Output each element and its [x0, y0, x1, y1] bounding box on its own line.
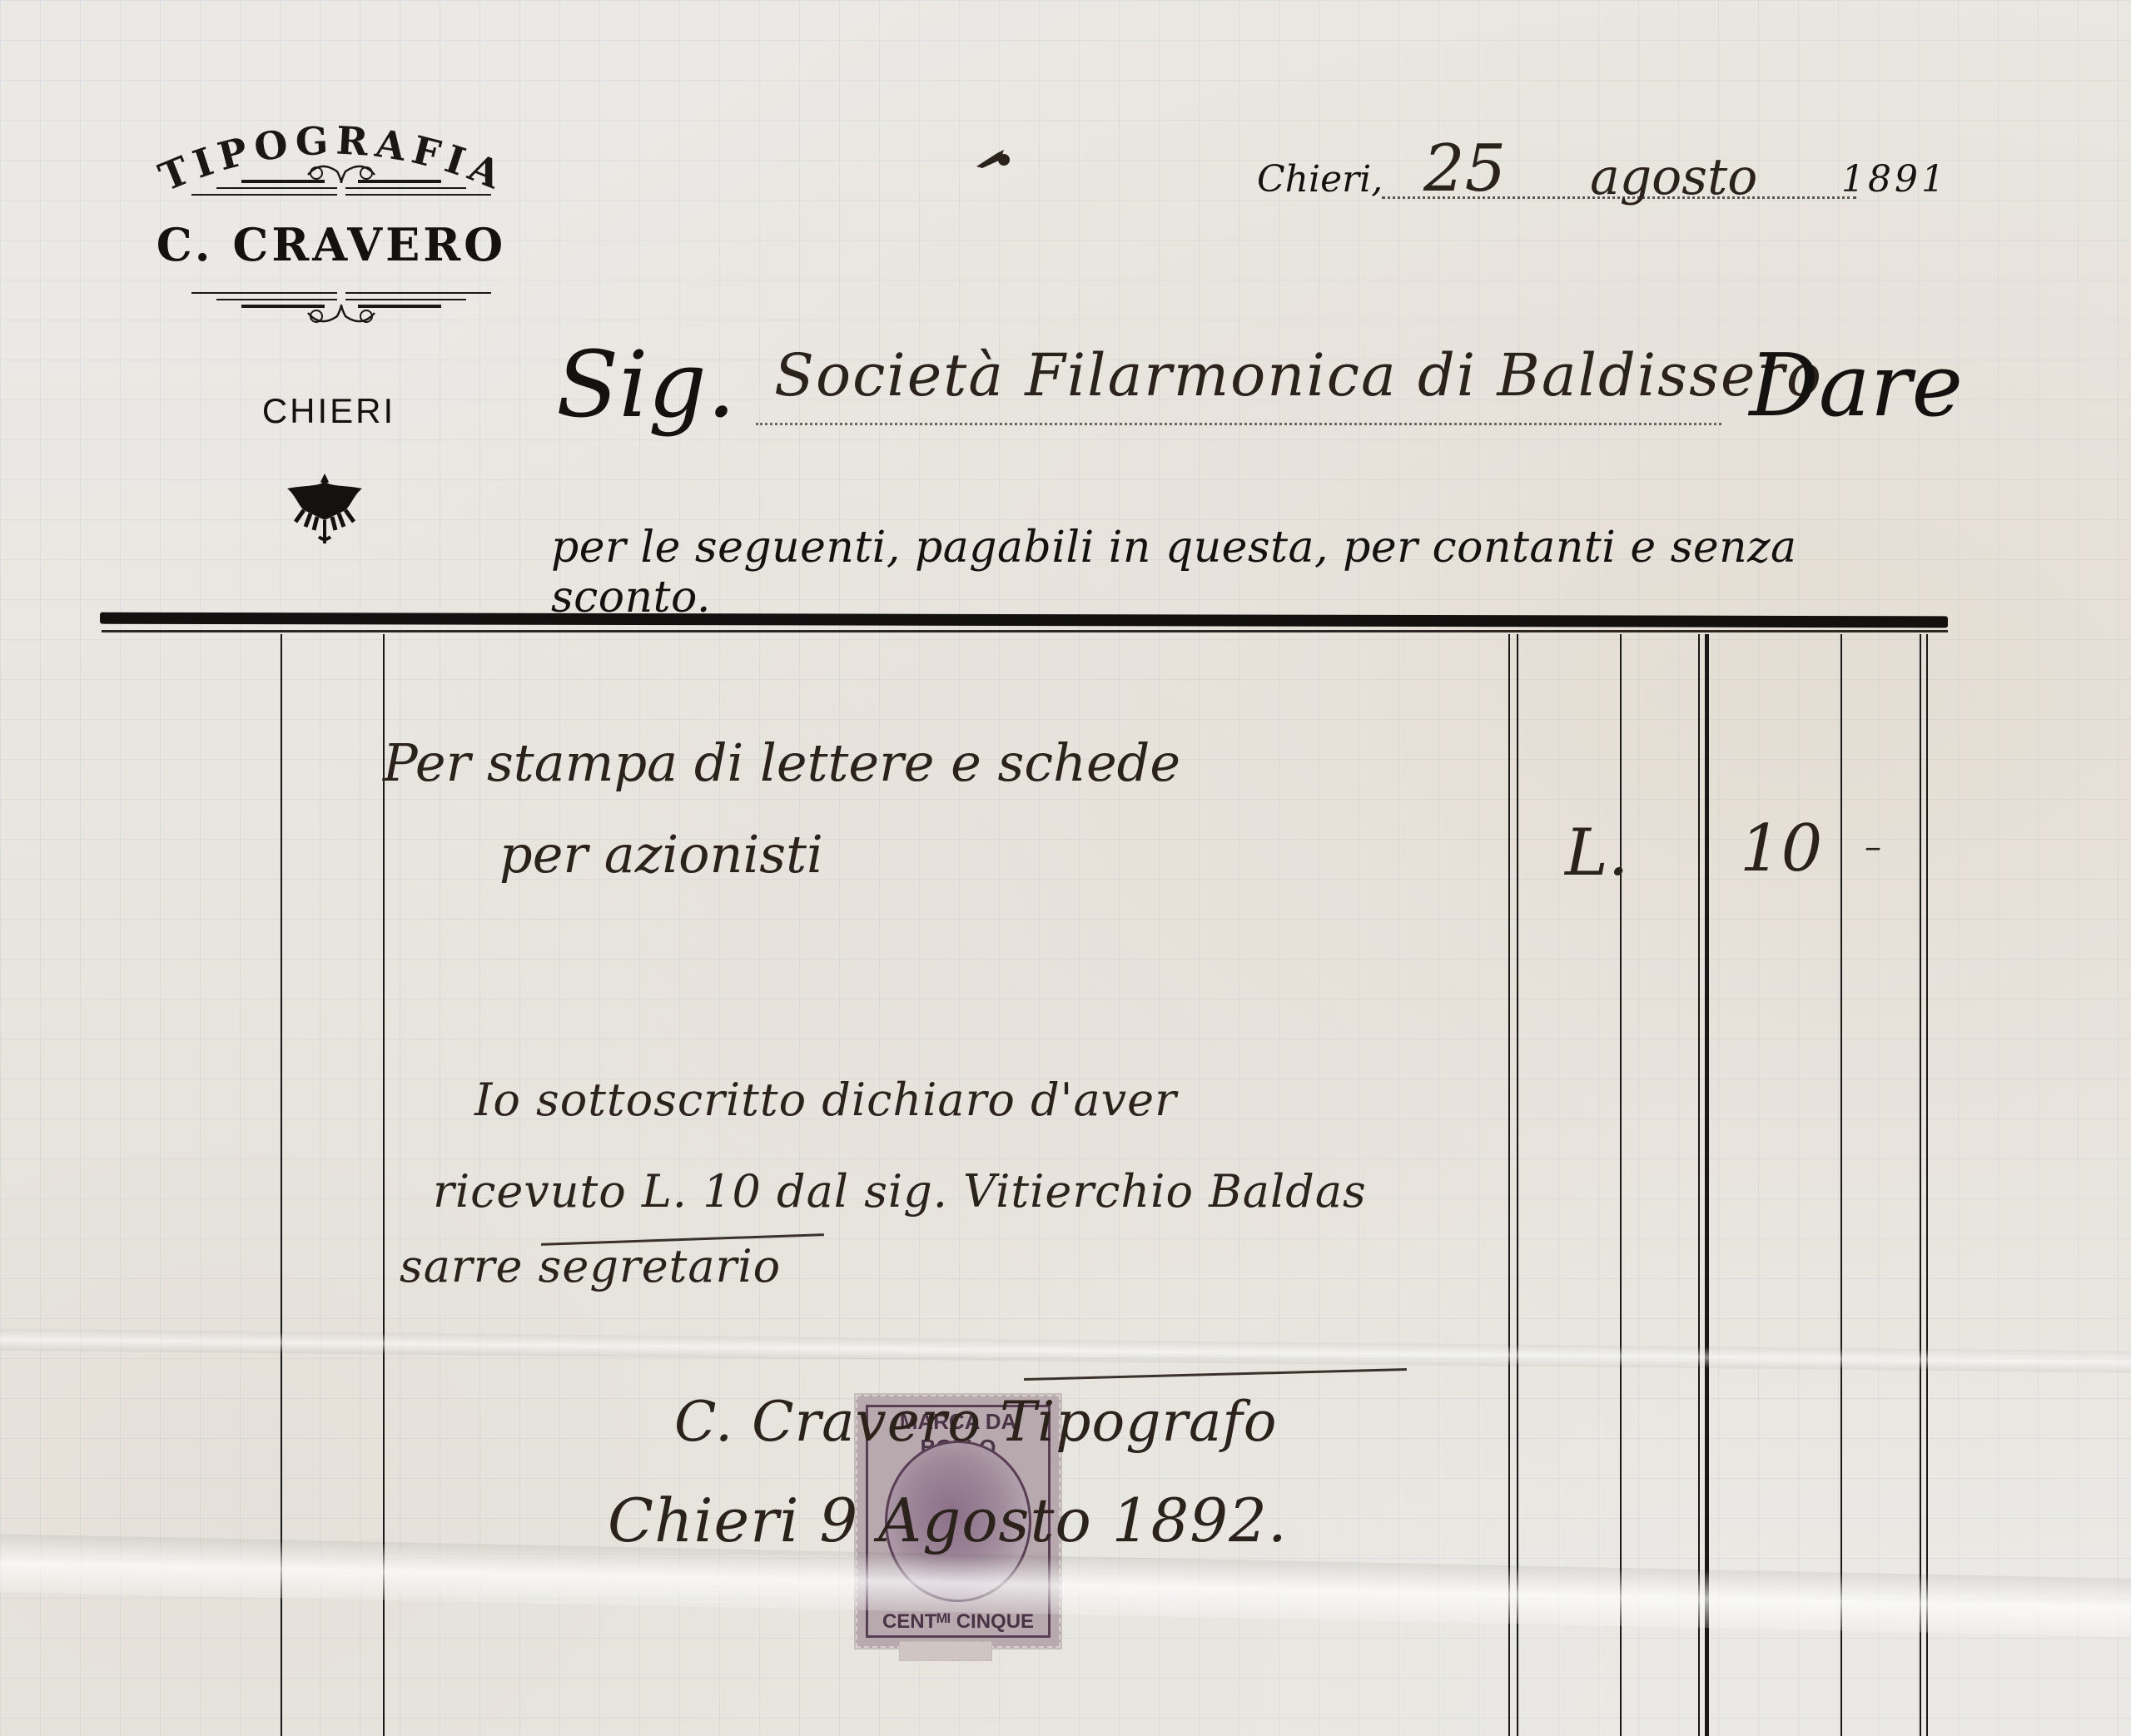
stamp-bottom-text: CENTᴹᴵ CINQUE: [868, 1610, 1048, 1634]
ledger-amount-suffix: –: [1865, 828, 1881, 866]
addressee-dotted-rule: [756, 423, 1721, 425]
column-rule: [1698, 634, 1700, 1736]
ledger-entry-line1: Per stampa di lettere e schede: [383, 732, 1180, 793]
table-header-subrule: [102, 630, 1948, 632]
column-rule: [1508, 634, 1510, 1736]
ledger-currency: L.: [1565, 816, 1629, 890]
date-year: 1891: [1841, 158, 1948, 201]
receipt-line2: ricevuto L. 10 dal sig. Vitierchio Balda…: [433, 1165, 1367, 1218]
receipt-line3: sarre segretario: [400, 1240, 781, 1292]
column-rule: [1926, 634, 1928, 1736]
ornament-top-icon: [183, 160, 499, 196]
addressee-line: Sig. Società Filarmonica di Baldissero D…: [556, 316, 1971, 483]
ledger-entry-line2: per azionisti: [499, 824, 823, 885]
signature-name: C. Cravero Tipografo: [674, 1390, 1278, 1454]
column-rule: [1620, 634, 1622, 1736]
column-rule: [1517, 634, 1518, 1736]
addressee-suffix: Dare: [1749, 335, 1963, 436]
date-place: Chieri,: [1257, 158, 1383, 201]
letterhead-city: CHIERI: [241, 391, 416, 431]
ornament-bottom-icon: [183, 291, 499, 328]
column-rule: [1920, 634, 1921, 1736]
column-rule: [281, 634, 282, 1736]
business-name: C. CRAVERO: [107, 218, 556, 271]
date-line: Chieri, 25 agosto 1891: [1257, 150, 1948, 225]
receipt-line1: Io sottoscritto dichiaro d'aver: [474, 1074, 1177, 1126]
column-rule: [1840, 634, 1842, 1736]
ledger-amount: 10: [1740, 811, 1822, 886]
signature-place-date: Chieri 9 Agosto 1892.: [608, 1486, 1288, 1555]
addressee-name: Società Filarmonica di Baldissero: [774, 341, 1823, 409]
date-month: agosto: [1590, 148, 1757, 206]
payment-terms: per le seguenti, pagabili in questa, per…: [551, 523, 1966, 622]
eagle-icon: [279, 470, 370, 549]
stamp-tab-remnant: [899, 1641, 992, 1661]
column-rule: [383, 634, 385, 1736]
addressee-label: Sig.: [556, 331, 736, 438]
column-rule-heavy: [1705, 634, 1709, 1736]
ink-blot-mark: [972, 143, 1014, 176]
date-day: 25: [1423, 131, 1506, 206]
